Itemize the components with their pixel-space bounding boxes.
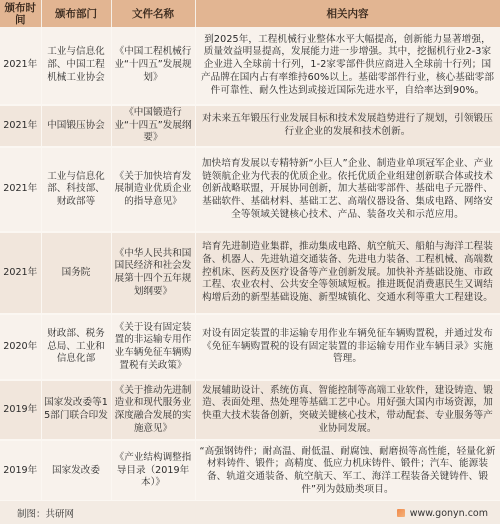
figure-footer: 制图：共研网 www.gonyn.com [0,500,500,524]
table-row: 2020年 财政部、税务总局、工业和信息化部 《关于设有固定装置的非运输专用作业… [0,314,500,380]
cell-department: 国务院 [41,232,111,314]
table-row: 2021年 工业与信息化部、科技部、财政部等 《关于加快培育发展制造业优质企业的… [0,147,500,232]
cell-year: 2021年 [0,147,41,232]
cell-department: 国家发改委 [41,440,111,502]
source-site: www.gonyn.com [397,508,500,519]
cell-content: 发展辅助设计、系统仿真、智能控制等高端工业软件，建设铸造、锻造、表面处理、热处理… [195,380,500,440]
table-row: 2021年 国务院 《中华人民共和国国民经济和社会发展第十四个五年规划纲要》 培… [0,232,500,314]
header-department: 颁布部门 [41,0,111,27]
cell-year: 2019年 [0,440,41,502]
cell-content: 到2025年，工程机械行业整体水平大幅提高，创新能力显著增强，质量效益明显提高，… [195,27,500,105]
cell-content: 对未来五年锻压行业发展目标和技术发展趋势进行了规划，引领锻压行业企业的发展和技术… [195,105,500,147]
cell-document: 《关于推动先进制造业和现代服务业深度融合发展的实施意见》 [111,380,195,440]
table-row: 2019年 国家发改委 《产业结构调整指导目录（2019年本）》 “高强钢铸件；… [0,440,500,502]
cell-document: 《关于设有固定装置的非运输专用作业车辆免征车辆购置税有关政策》 [111,314,195,380]
cell-department: 工业与信息化部、科技部、财政部等 [41,147,111,232]
gonyn-logo-icon [397,509,405,517]
table-row: 2021年 中国锻压协会 《中国锻造行业“十四五”发展纲要》 对未来五年锻压行业… [0,105,500,147]
source-url: www.gonyn.com [410,508,488,519]
policy-table: 颁布时间 颁布部门 文件名称 相关内容 2021年 工业与信息化部、中国工程机械… [0,0,500,503]
table-row: 2021年 工业与信息化部、中国工程机械工业协会 《中国工程机械行业“十四五”发… [0,27,500,105]
table-header-row: 颁布时间 颁布部门 文件名称 相关内容 [0,0,500,27]
cell-department: 工业与信息化部、中国工程机械工业协会 [41,27,111,105]
cell-content: 对设有固定装置的非运输专用作业车辆免征车辆购置税，并通过发布《免征车辆购置税的设… [195,314,500,380]
cell-content: 培育先进制造业集群，推动集成电路、航空航天、船舶与海洋工程装备、机器人、先进轨道… [195,232,500,314]
cell-document: 《产业结构调整指导目录（2019年本）》 [111,440,195,502]
cell-year: 2019年 [0,380,41,440]
cell-year: 2021年 [0,27,41,105]
header-document: 文件名称 [111,0,195,27]
cell-year: 2021年 [0,105,41,147]
cell-department: 国家发改委等15部门联合印发 [41,380,111,440]
header-year: 颁布时间 [0,0,41,27]
cell-content: 加快培育发展以专精特新“小巨人”企业、制造业单项冠军企业、产业链领航企业为代表的… [195,147,500,232]
table-row: 2019年 国家发改委等15部门联合印发 《关于推动先进制造业和现代服务业深度融… [0,380,500,440]
cell-content: “高强钢铸件；耐高温、耐低温、耐腐蚀、耐磨损等高性能，轻量化新材料铸件、锻件；高… [195,440,500,502]
cell-department: 中国锻压协会 [41,105,111,147]
cell-department: 财政部、税务总局、工业和信息化部 [41,314,111,380]
cell-document: 《中国工程机械行业“十四五”发展规划》 [111,27,195,105]
cell-document: 《中华人民共和国国民经济和社会发展第十四个五年规划纲要》 [111,232,195,314]
cell-year: 2021年 [0,232,41,314]
chart-credit: 制图：共研网 [0,506,74,520]
policy-table-figure: 共研网 共研网 共研网 颁布时间 颁布部门 文件名称 相关内容 2021年 工业… [0,0,500,524]
cell-year: 2020年 [0,314,41,380]
cell-document: 《中国锻造行业“十四五”发展纲要》 [111,105,195,147]
cell-document: 《关于加快培育发展制造业优质企业的指导意见》 [111,147,195,232]
header-content: 相关内容 [195,0,500,27]
